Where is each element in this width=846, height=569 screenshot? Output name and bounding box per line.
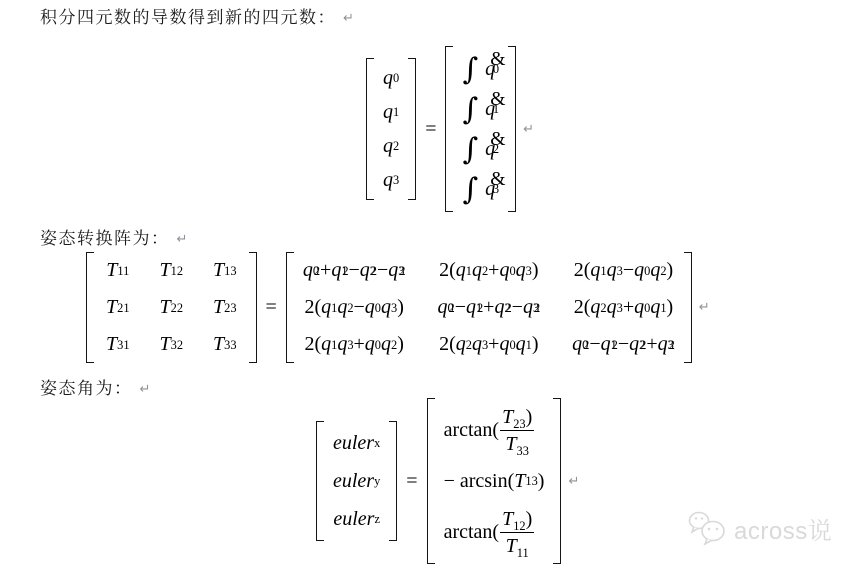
matrix-cell: 2(q1q3 + q0q2) bbox=[304, 326, 403, 363]
lhs-quaternion-vector: q0 q1 q2 q3 bbox=[366, 58, 416, 200]
matrix-cell: T11 bbox=[106, 252, 129, 289]
matrix-cell: − arcsin(T13) bbox=[444, 459, 545, 503]
matrix-cell: ∫q&2 bbox=[462, 129, 499, 169]
paragraph-mark: ↵ bbox=[177, 232, 188, 247]
matrix-bracket-left bbox=[86, 252, 94, 363]
paragraph-dcm: 姿态转换阵为：↵ bbox=[40, 224, 187, 249]
matrix-cell: 2(q1q3 − q0q2) bbox=[574, 252, 673, 289]
matrix-bracket-left bbox=[445, 46, 453, 212]
rhs-integral-vector: ∫q&0 ∫q&1 ∫q&2 ∫q&3 bbox=[445, 46, 516, 212]
matrix-bracket-left bbox=[286, 252, 294, 363]
matrix-cell: q02 + q12 − q22 − q32 bbox=[303, 252, 406, 289]
equals-sign: = bbox=[266, 296, 277, 319]
matrix-bracket-right bbox=[249, 252, 257, 363]
paragraph-mark: ↵ bbox=[568, 474, 579, 489]
matrix-bracket-right bbox=[408, 58, 416, 200]
integral-sign: ∫ bbox=[462, 55, 478, 85]
lhs-euler-vector: eulerx eulery eulerz bbox=[316, 421, 397, 541]
matrix-bracket-right bbox=[684, 252, 692, 363]
euler-label: 姿态角为： bbox=[40, 379, 133, 398]
matrix-cell: q02 − q12 − q22 + q32 bbox=[572, 326, 675, 363]
matrix-bracket-left bbox=[366, 58, 374, 200]
matrix-bracket-right bbox=[389, 421, 397, 541]
matrix-cell: q0 bbox=[383, 61, 399, 95]
matrix-cell: T23 bbox=[213, 289, 237, 326]
paragraph-mark: ↵ bbox=[343, 11, 354, 26]
matrix-cell: q1 bbox=[383, 95, 399, 129]
matrix-cell: T21 bbox=[106, 289, 130, 326]
matrix-cell: ∫q&0 bbox=[462, 49, 499, 89]
paragraph-intro: 积分四元数的导数得到新的四元数：↵ bbox=[40, 3, 354, 28]
matrix-cell: arctan(T12)T11 bbox=[444, 503, 545, 561]
dcm-label: 姿态转换阵为： bbox=[40, 229, 170, 248]
quaternion-integral-equation: q0 q1 q2 q3 = ∫q&0 ∫q&1 ∫q&2 ∫q&3 ↵ bbox=[366, 46, 534, 212]
matrix-cell: 2(q1q2 + q0q3) bbox=[439, 252, 538, 289]
equals-sign: = bbox=[425, 118, 436, 141]
matrix-cell: 2(q2q3 + q0q1) bbox=[439, 326, 538, 363]
matrix-cell: 2(q2q3 + q0q1) bbox=[574, 289, 673, 326]
paragraph-mark: ↵ bbox=[699, 300, 710, 315]
matrix-bracket-left bbox=[316, 421, 324, 541]
matrix-cell: q3 bbox=[383, 163, 399, 197]
matrix-bracket-right bbox=[508, 46, 516, 212]
paragraph-mark: ↵ bbox=[523, 122, 534, 137]
euler-angles-equation: eulerx eulery eulerz = arctan(T23)T33 − … bbox=[316, 398, 579, 564]
attitude-matrix-equation: T11 T12 T13 T21 T22 T23 T31 T32 T33 = q0… bbox=[86, 252, 710, 363]
integral-sign: ∫ bbox=[462, 95, 478, 125]
wechat-icon bbox=[687, 510, 727, 546]
rhs-arctan-vector: arctan(T23)T33 − arcsin(T13) arctan(T12)… bbox=[427, 398, 562, 564]
matrix-cell: arctan(T23)T33 bbox=[444, 401, 545, 459]
lhs-T-matrix: T11 T12 T13 T21 T22 T23 T31 T32 T33 bbox=[86, 252, 257, 363]
matrix-cell: eulerx bbox=[333, 424, 380, 462]
document-page: 积分四元数的导数得到新的四元数：↵ q0 q1 q2 q3 = ∫q&0 ∫q&… bbox=[0, 0, 846, 569]
matrix-cell: T22 bbox=[160, 289, 184, 326]
integral-sign: ∫ bbox=[462, 175, 478, 205]
equals-sign: = bbox=[406, 470, 417, 493]
matrix-bracket-left bbox=[427, 398, 435, 564]
integral-sign: ∫ bbox=[462, 135, 478, 165]
rhs-quaternion-matrix: q02 + q12 − q22 − q32 2(q1q2 + q0q3) 2(q… bbox=[286, 252, 692, 363]
matrix-cell: q2 bbox=[383, 129, 399, 163]
matrix-cell: T13 bbox=[213, 252, 237, 289]
matrix-cell: T32 bbox=[160, 326, 184, 363]
matrix-cell: q02 − q12 + q22 − q32 bbox=[437, 289, 540, 326]
paragraph-mark: ↵ bbox=[140, 382, 151, 397]
watermark: across说 bbox=[687, 510, 832, 546]
matrix-cell: eulery bbox=[333, 462, 380, 500]
matrix-cell: T31 bbox=[106, 326, 130, 363]
matrix-cell: T33 bbox=[213, 326, 237, 363]
matrix-cell: eulerz bbox=[333, 500, 380, 538]
watermark-text: across说 bbox=[734, 511, 832, 546]
matrix-cell: ∫q&3 bbox=[462, 169, 499, 209]
intro-text: 积分四元数的导数得到新的四元数： bbox=[40, 8, 336, 27]
matrix-cell: T12 bbox=[160, 252, 184, 289]
matrix-cell: ∫q&1 bbox=[462, 89, 499, 129]
paragraph-euler: 姿态角为：↵ bbox=[40, 374, 150, 399]
matrix-bracket-right bbox=[553, 398, 561, 564]
matrix-cell: 2(q1q2 − q0q3) bbox=[304, 289, 403, 326]
